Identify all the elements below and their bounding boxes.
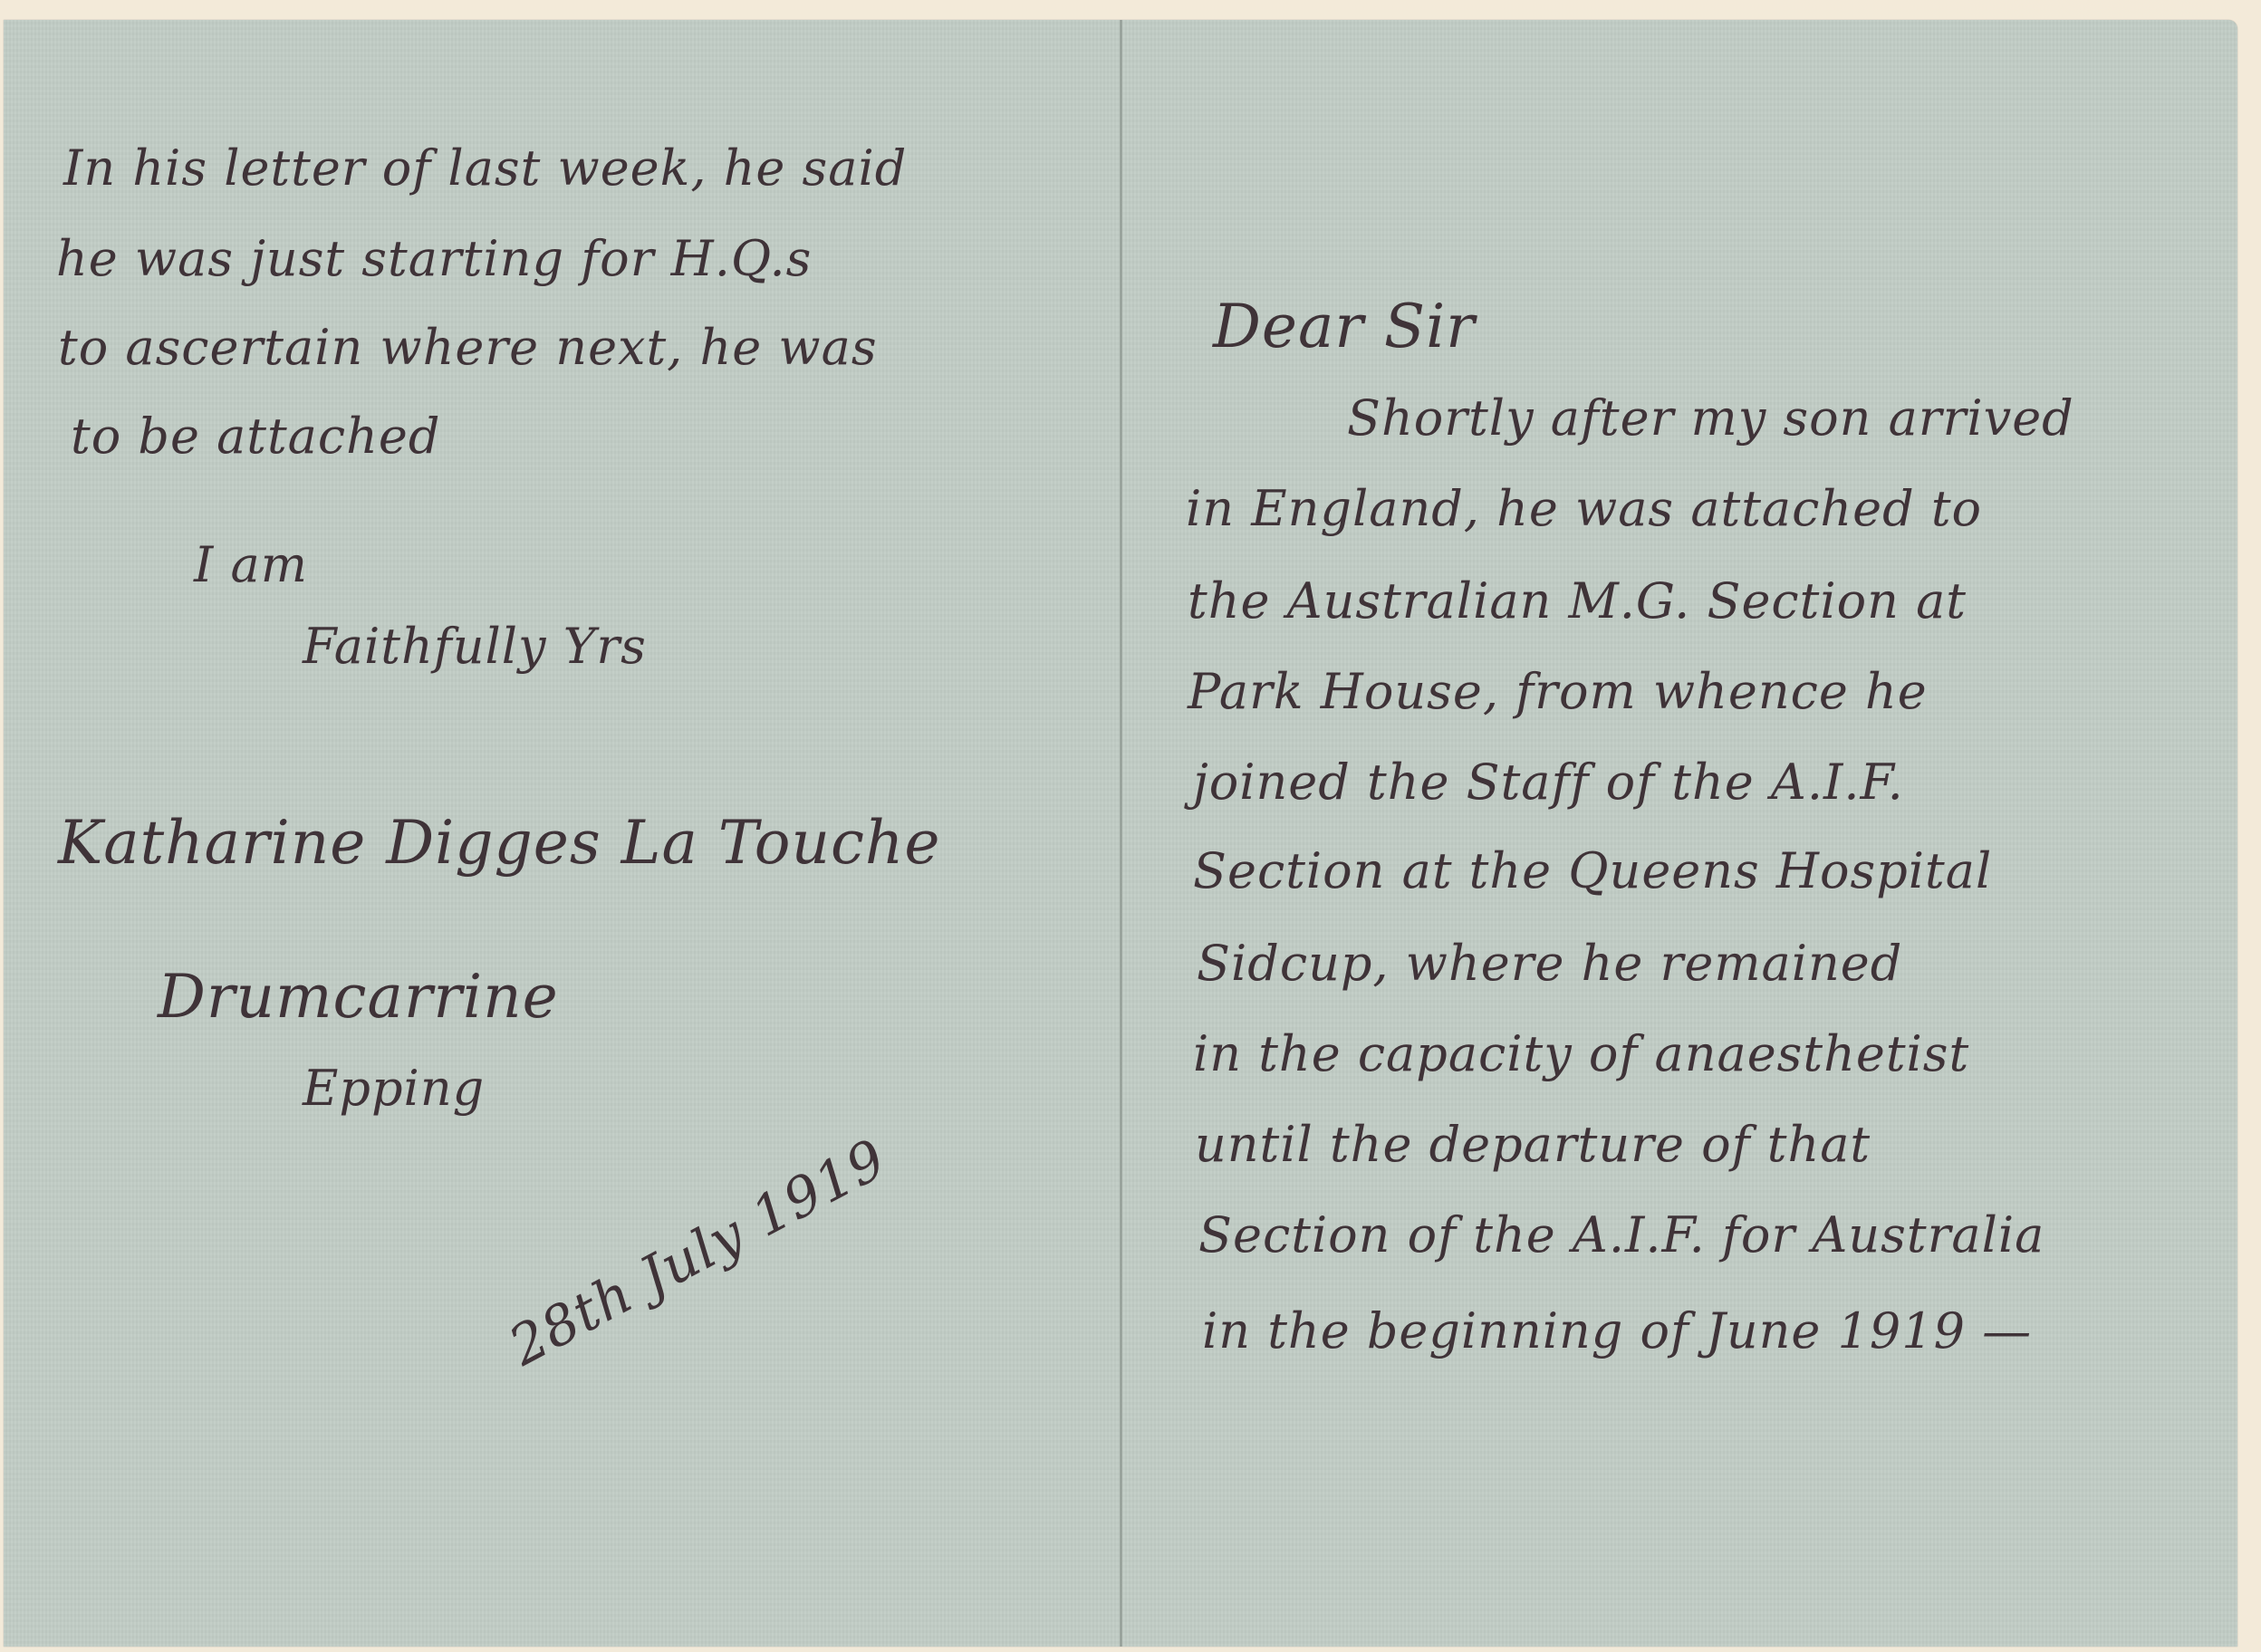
left-page: In his letter of last week, he said he w… [4,20,1120,1647]
letter-line: Shortly after my son arrived [1347,389,2074,447]
letter-line: Sidcup, where he remained [1197,935,1902,992]
signature: Katharine Digges La Touche [58,808,941,878]
letter-line: In his letter of last week, he said [63,139,907,197]
letter-line: Section at the Queens Hospital [1193,842,1992,899]
letter-date: 28th July 1919 [499,1127,897,1378]
right-page: Dear Sir Shortly after my son arrived in… [1122,20,2237,1647]
letter-line: the Australian M.G. Section at [1188,572,1967,629]
letter-line: in the capacity of anaesthetist [1193,1025,1969,1082]
letter-line: joined the Staff of the A.I.F. [1193,754,1904,811]
letter-line: in England, he was attached to [1186,480,1982,537]
address-line-1: Drumcarrine [158,962,559,1032]
letter-line: to ascertain where next, he was [58,319,878,376]
closing-line-2: Faithfully Yrs [303,618,647,675]
letter-line: he was just starting for H.Q.s [56,230,812,287]
letter-line: to be attached [71,408,440,465]
letter-line: Section of the A.I.F. for Australia [1198,1206,2045,1263]
letter-line: until the departure of that [1195,1116,1871,1173]
letter-line: Park House, from whence he [1188,663,1928,720]
salutation: Dear Sir [1213,292,1476,361]
letter-line: in the beginning of June 1919 — [1202,1302,2032,1359]
closing-line-1: I am [194,536,308,593]
address-line-2: Epping [303,1060,485,1117]
